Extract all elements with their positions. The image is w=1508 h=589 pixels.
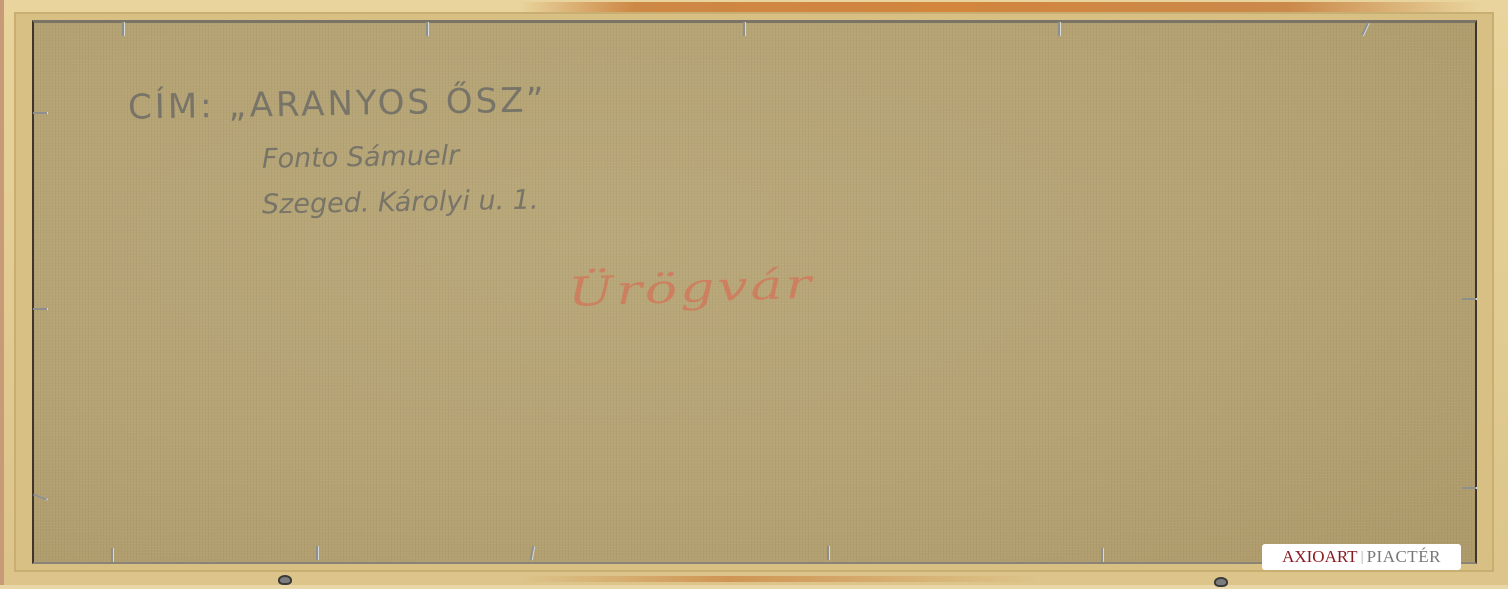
nail-icon bbox=[111, 548, 113, 562]
hanger-ring-icon bbox=[1214, 577, 1228, 587]
nail-icon bbox=[122, 22, 124, 36]
nail-icon bbox=[426, 22, 428, 36]
inscription-artist-name: Fonto Sámuelr bbox=[262, 140, 460, 174]
frame-stain-top bbox=[520, 2, 1480, 12]
frame-stain-bottom bbox=[520, 576, 1040, 582]
watermark-separator: | bbox=[1361, 549, 1364, 566]
nail-icon bbox=[33, 308, 47, 310]
nail-icon bbox=[1462, 298, 1476, 300]
nail-icon bbox=[827, 546, 829, 560]
red-signature: Ürögvár bbox=[567, 261, 814, 316]
nail-icon bbox=[316, 546, 318, 560]
hanger-ring-icon bbox=[278, 575, 292, 585]
inscription-address: Szeged. Károlyi u. 1. bbox=[262, 185, 539, 221]
nail-icon bbox=[1101, 548, 1103, 562]
nail-icon bbox=[1462, 487, 1476, 489]
watermark-brand: AXIOART bbox=[1282, 547, 1357, 567]
inscription-title: CÍM: „ARANYOS ŐSZ” bbox=[128, 80, 547, 127]
frame-left-edge bbox=[0, 0, 4, 585]
nail-icon bbox=[1058, 22, 1060, 36]
watermark-logo: AXIOART | PIACTÉR bbox=[1262, 544, 1461, 570]
watermark-sub: PIACTÉR bbox=[1367, 547, 1441, 567]
nail-icon bbox=[743, 22, 745, 36]
nail-icon bbox=[33, 112, 47, 114]
artwork-back-photo: CÍM: „ARANYOS ŐSZ” Fonto Sámuelr Szeged.… bbox=[0, 0, 1508, 589]
